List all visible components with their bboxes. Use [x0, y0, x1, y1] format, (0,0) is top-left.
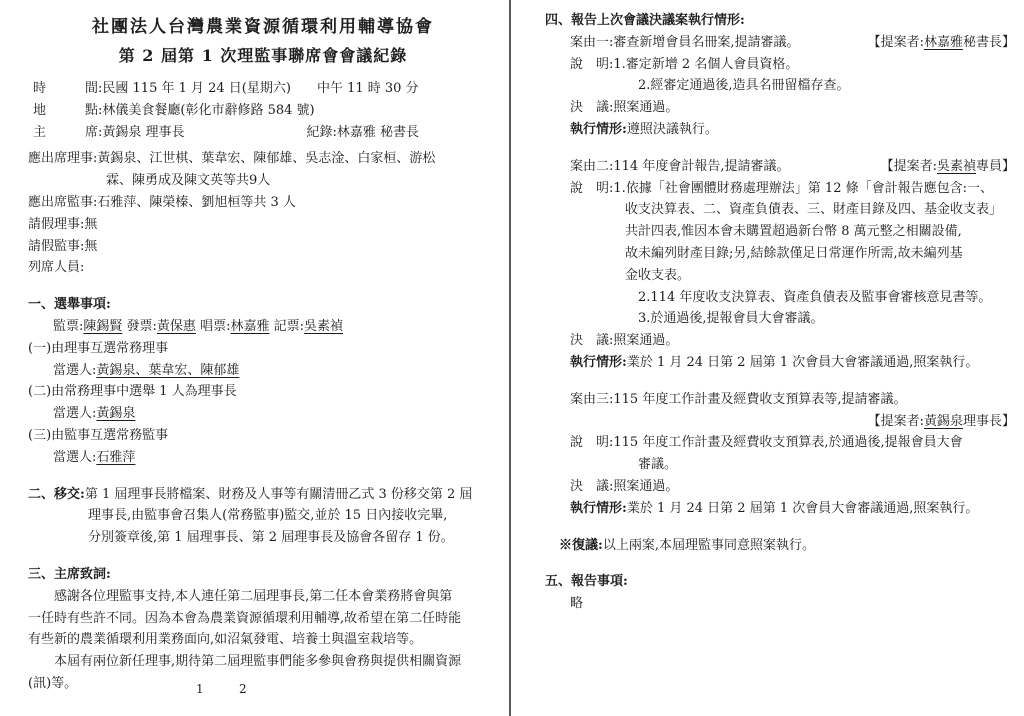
meeting-time-row: 時 間:民國 115 年 1 月 24 日(星期六) 中午 11 時 30 分 [28, 78, 498, 100]
case1-description-row: 說 明:1.審定新增 2 名個人會員資格。 [545, 54, 1015, 76]
execution-label: 執行情形: [570, 501, 627, 516]
case3-subject-row: 案由三:115 年度工作計畫及經費收支預算表等,提請審議。 [545, 389, 1015, 411]
case-proposer: 【提案者:吳素禎專員】 [881, 156, 1015, 178]
leave-supervisors-row: 請假監事:無 [28, 236, 498, 258]
description-item: 115 年度工作計畫及經費收支預算表,於通過後,提報會員大會 [613, 435, 962, 450]
leave-directors-label: 請假理事: [28, 217, 84, 232]
teller-name-3: 林嘉雅 [230, 319, 269, 334]
winners-row-3: 當選人:石雅萍 [28, 447, 498, 469]
section5-content: 略 [545, 593, 1015, 615]
proposer-title: 秘書長】 [963, 35, 1015, 50]
reconsideration-row: ※復議:以上兩案,本屆理監事同意照案執行。 [545, 535, 1015, 557]
case1-subject-row: 案由一:審查新增會員名冊案,提請審議。【提案者:林嘉雅秘書長】 [545, 32, 1015, 54]
case2-description-wrap: 故未編列財產目錄;另,結餘款僅足日常運作所需,故未編列基 [545, 243, 1015, 265]
case3-proposer-row: 【提案者:黃錫泉理事長】 [545, 411, 1015, 433]
case3-execution-row: 執行情形:業於 1 月 24 日第 2 屆第 1 次會員大會審議通過,照案執行。 [545, 498, 1015, 520]
place-value: 林儀美食餐廳(彰化市辭修路 584 號) [102, 103, 314, 118]
resolution-label: 決 議: [570, 479, 613, 494]
description-item: 1.審定新增 2 名個人會員資格。 [613, 57, 798, 72]
leave-supervisors-label: 請假監事: [28, 239, 84, 254]
case1-execution-row: 執行情形:遵照決議執行。 [545, 119, 1015, 141]
section4-heading: 四、報告上次會議決議案執行情形: [545, 10, 1015, 32]
spacer [545, 374, 1015, 389]
case2-description-wrap: 共計四表,惟因本會未購置超過新台幣 8 萬元整之相關設備, [545, 221, 1015, 243]
winners-names-1: 黃錫泉、葉韋宏、陳郁雄 [96, 363, 239, 378]
teller-label-2: 發票: [122, 319, 157, 334]
election-item-2: (二)由常務理事中選舉 1 人為理事長 [28, 381, 498, 403]
proposer-name: 黃錫泉 [924, 414, 963, 429]
case-subject: 案由二:114 年度會計報告,提請審議。 [570, 156, 789, 178]
proposer-prefix: 【提案者: [881, 159, 937, 174]
doc-title: 社團法人台灣農業資源循環利用輔導協會 [28, 12, 498, 42]
supervisors-label: 應出席監事: [28, 195, 97, 210]
reconsideration-text: 以上兩案,本屆理監事同意照案執行。 [603, 538, 815, 553]
case3-description-row: 說 明:115 年度工作計畫及經費收支預算表,於通過後,提報會員大會 [545, 432, 1015, 454]
handover-row-wrap: 理事長,由監事會召集人(常務監事)監交,並於 15 日內接收完畢, [28, 505, 498, 527]
time-value: 民國 115 年 1 月 24 日(星期六) 中午 11 時 30 分 [102, 81, 418, 96]
place-label: 地 點: [33, 103, 102, 118]
speech-paragraph-line: 本屆有兩位新任理事,期待第二屆理監事們能多參與會務與提供相關資源 [28, 651, 498, 673]
execution-label: 執行情形: [570, 355, 627, 370]
case3-description-wrap: 審議。 [545, 454, 1015, 476]
election-item-1: (一)由理事互選常務理事 [28, 338, 498, 360]
proposer-name: 林嘉雅 [924, 35, 963, 50]
handover-row: 二、移交:第 1 屆理事長將檔案、財務及人事等有關清冊乙式 3 份移交第 2 屆 [28, 484, 498, 506]
proposer-title: 理事長】 [963, 414, 1015, 429]
page-divider [509, 0, 511, 716]
speech-paragraph-line: 感謝各位理監事支持,本人連任第二屆理事長,第二任本會業務將會與第 [28, 586, 498, 608]
case2-description-wrap: 金收支表。 [545, 265, 1015, 287]
speech-paragraph-line: 有些新的農業循環利用業務面向,如沼氣發電、培養土與溫室栽培等。 [28, 629, 498, 651]
case2-description-item: 3.於通過後,提報會員大會審議。 [545, 308, 1015, 330]
execution-text: 業於 1 月 24 日第 2 屆第 1 次會員大會審議通過,照案執行。 [627, 501, 979, 516]
meeting-place-row: 地 點:林儀美食餐廳(彰化市辭修路 584 號) [28, 100, 498, 122]
teller-label-3: 唱票: [196, 319, 231, 334]
spacer [28, 549, 498, 564]
case2-resolution-row: 決 議:照案通過。 [545, 330, 1015, 352]
resolution-label: 決 議: [570, 100, 613, 115]
speech-paragraph-line: 一任時有些許不同。因為本會為農業資源循環利用輔導,故希望在第二任時能 [28, 608, 498, 630]
leave-supervisors-value: 無 [84, 239, 97, 254]
page-number-1: 1 [196, 682, 204, 696]
resolution-text: 照案通過。 [613, 479, 678, 494]
resolution-label: 決 議: [570, 333, 613, 348]
section3-heading: 三、主席致詞: [28, 564, 498, 586]
winners-row-2: 當選人:黃錫泉 [28, 403, 498, 425]
execution-label: 執行情形: [570, 122, 627, 137]
case1-resolution-row: 決 議:照案通過。 [545, 97, 1015, 119]
page-1: 社團法人台灣農業資源循環利用輔導協會 第 2 屆第 1 次理監事聯席會會議紀錄 … [28, 0, 498, 695]
meeting-chair-row: 主 席:黃錫泉 理事長紀錄:林嘉雅 秘書長 [28, 122, 498, 144]
description-item: 1.依據「社會團體財務處理辦法」第 12 條「會計報告應包含:一、 [613, 181, 993, 196]
case2-subject-row: 案由二:114 年度會計報告,提請審議。【提案者:吳素禎專員】 [545, 156, 1015, 178]
speech-paragraph-line: (訊)等。 [28, 673, 498, 695]
section1-heading: 一、選舉事項: [28, 294, 498, 316]
description-label: 說 明: [570, 435, 613, 450]
leave-directors-row: 請假理事:無 [28, 214, 498, 236]
proposer-name: 吳素禎 [937, 159, 976, 174]
page-2: 四、報告上次會議決議案執行情形: 案由一:審查新增會員名冊案,提請審議。【提案者… [545, 0, 1015, 615]
case3-resolution-row: 決 議:照案通過。 [545, 476, 1015, 498]
proposer-prefix: 【提案者: [868, 35, 924, 50]
tellers-row: 監票:陳錫賢 發票:黃保惠 唱票:林嘉雅 記票:吳素禎 [28, 316, 498, 338]
election-item-3: (三)由監事互選常務監事 [28, 425, 498, 447]
spacer [28, 279, 498, 294]
recorder-value: 紀錄:林嘉雅 秘書長 [307, 125, 420, 140]
handover-text-1: 第 1 屆理事長將檔案、財務及人事等有關清冊乙式 3 份移交第 2 屆 [85, 487, 473, 502]
directors-row-wrap: 霖、陳勇成及陳文英等共9人 [28, 170, 498, 192]
proposer-prefix: 【提案者: [868, 414, 924, 429]
winners-label: 當選人: [53, 363, 96, 378]
case2-description-wrap: 收支決算表、二、資產負債表、三、財產目錄及四、基金收支表」 [545, 199, 1015, 221]
winners-label: 當選人: [53, 406, 96, 421]
case2-description-item: 2.114 年度收支決算表、資產負債表及監事會審核意見書等。 [545, 287, 1015, 309]
winners-row-1: 當選人:黃錫泉、葉韋宏、陳郁雄 [28, 360, 498, 382]
teller-name-2: 黃保惠 [157, 319, 196, 334]
description-label: 說 明: [570, 57, 613, 72]
teller-name-1: 陳錫賢 [83, 319, 122, 334]
handover-row-wrap: 分別簽章後,第 1 屆理事長、第 2 屆理事長及協會各留存 1 份。 [28, 527, 498, 549]
teller-label-4: 記票: [269, 319, 304, 334]
winners-names-2: 黃錫泉 [96, 406, 135, 421]
case1-description-item: 2.經審定通過後,造具名冊留檔存查。 [545, 75, 1015, 97]
supervisors-names: 石雅萍、陳榮榛、劉旭桓等共 3 人 [97, 195, 296, 210]
supervisors-row: 應出席監事:石雅萍、陳榮榛、劉旭桓等共 3 人 [28, 192, 498, 214]
doc-subtitle: 第 2 屆第 1 次理監事聯席會會議紀錄 [28, 42, 498, 70]
chair-label: 主 席: [33, 125, 102, 140]
case2-description-row: 說 明:1.依據「社會團體財務處理辦法」第 12 條「會計報告應包含:一、 [545, 178, 1015, 200]
section5-heading: 五、報告事項: [545, 571, 1015, 593]
spacer [545, 141, 1015, 156]
spacer [545, 556, 1015, 571]
teller-name-4: 吳素禎 [304, 319, 343, 334]
handover-label: 二、移交: [28, 487, 85, 502]
directors-label: 應出席理事: [28, 151, 97, 166]
resolution-text: 照案通過。 [613, 333, 678, 348]
teller-label-1: 監票: [53, 319, 83, 334]
reconsideration-label: ※復議: [559, 538, 603, 553]
execution-text: 遵照決議執行。 [627, 122, 718, 137]
winners-names-3: 石雅萍 [96, 450, 135, 465]
case-subject: 案由一:審查新增會員名冊案,提請審議。 [570, 32, 800, 54]
case2-execution-row: 執行情形:業於 1 月 24 日第 2 屆第 1 次會員大會審議通過,照案執行。 [545, 352, 1015, 374]
meeting-minutes-document: 社團法人台灣農業資源循環利用輔導協會 第 2 屆第 1 次理監事聯席會會議紀錄 … [0, 0, 1024, 716]
execution-text: 業於 1 月 24 日第 2 屆第 1 次會員大會審議通過,照案執行。 [627, 355, 979, 370]
resolution-text: 照案通過。 [613, 100, 678, 115]
directors-row: 應出席理事:黃錫泉、江世棋、葉韋宏、陳郁雄、吳志淦、白家桓、游松 [28, 148, 498, 170]
page-number-2: 2 [239, 682, 247, 696]
spacer [545, 520, 1015, 535]
chair-value: 黃錫泉 理事長 [102, 125, 184, 140]
observers-row: 列席人員: [28, 257, 498, 279]
winners-label: 當選人: [53, 450, 96, 465]
leave-directors-value: 無 [84, 217, 97, 232]
time-label: 時 間: [33, 81, 102, 96]
directors-names: 黃錫泉、江世棋、葉韋宏、陳郁雄、吳志淦、白家桓、游松 [97, 151, 435, 166]
case-proposer: 【提案者:林嘉雅秘書長】 [868, 32, 1015, 54]
proposer-title: 專員】 [976, 159, 1015, 174]
spacer [28, 469, 498, 484]
description-label: 說 明: [570, 181, 613, 196]
